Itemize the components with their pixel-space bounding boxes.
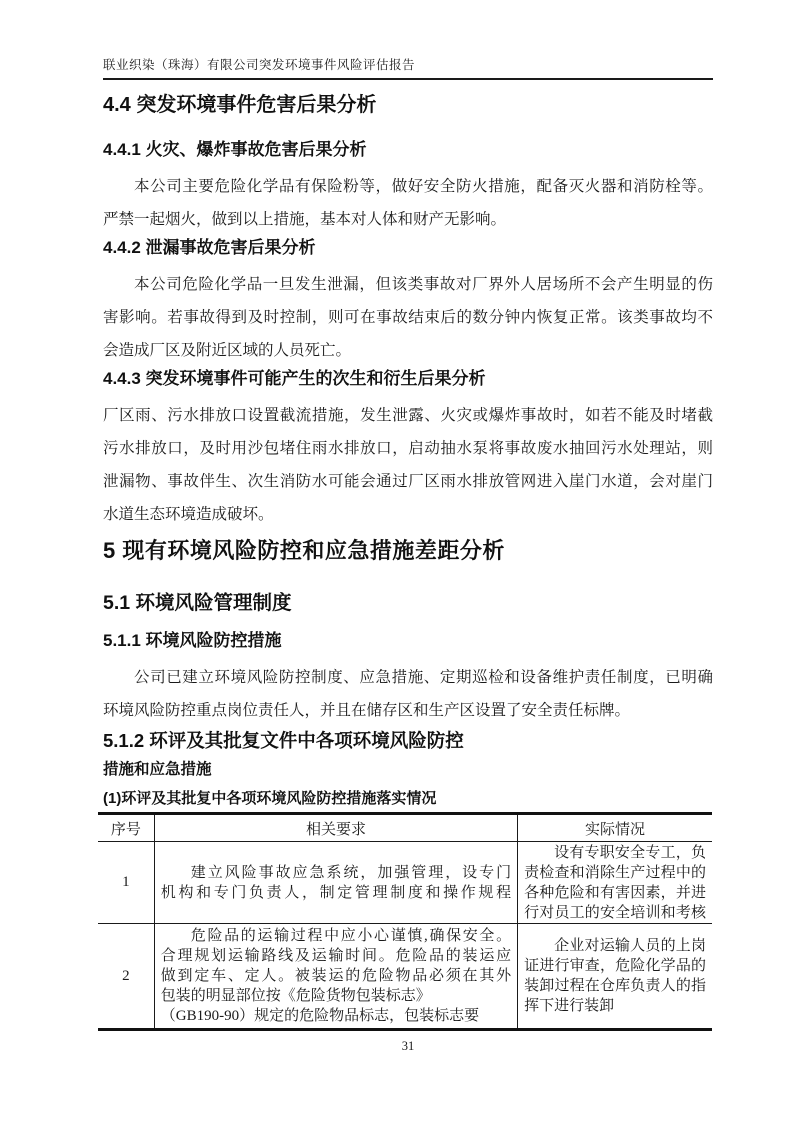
body-line: 会造成厂区及附近区域的人员死亡。: [103, 334, 713, 367]
heading-4-4-3: 4.4.3 突发环境事件可能产生的次生和衍生后果分析: [103, 367, 713, 391]
body-line: 水道生态环境造成破坏。: [103, 498, 713, 531]
table-caption: (1)环评及其批复中各项环境风险防控措施落实情况: [103, 789, 713, 809]
cell-line: 各种危险和有害因素，并进: [524, 883, 706, 903]
paragraph-4-4-2: 本公司危险化学品一旦发生泄漏，但该类事故对厂界外人居场所不会产生明显的伤 害影响…: [103, 268, 713, 367]
heading-4-4-1: 4.4.1 火灾、爆炸事故危害后果分析: [103, 138, 713, 162]
cell-line: 挥下进行装卸: [524, 996, 706, 1016]
body-line: 厂区雨、污水排放口设置截流措施，发生泄露、火灾或爆炸事故时，如若不能及时堵截: [103, 399, 713, 432]
measures-table: 序号 相关要求 实际情况 1 建立风险事故应急系统，加强管理，设专门 机构和专门…: [98, 812, 712, 1031]
paragraph-4-4-1: 本公司主要危险化学品有保险粉等，做好安全防火措施，配备灭火器和消防栓等。 严禁一…: [103, 170, 713, 236]
cell-line: 包装的明显部位按《危险货物包装标志》: [161, 986, 511, 1006]
page-number: 31: [103, 1038, 713, 1054]
heading-4-4: 4.4 突发环境事件危害后果分析: [103, 92, 713, 118]
report-page: 联业织染（珠海）有限公司突发环境事件风险评估报告 4.4 突发环境事件危害后果分…: [0, 0, 793, 1122]
table-header-row: 序号 相关要求 实际情况: [98, 814, 712, 842]
heading-5-1: 5.1 环境风险管理制度: [103, 589, 713, 617]
body-line: 严禁一起烟火，做到以上措施，基本对人体和财产无影响。: [103, 203, 713, 236]
row-requirement: 建立风险事故应急系统，加强管理，设专门 机构和专门负责人，制定管理制度和操作规程: [154, 842, 517, 924]
table-row: 2 危险品的运输过程中应小心谨慎,确保安全。 合理规划运输路线及运输时间。危险品…: [98, 924, 712, 1030]
col-header-no: 序号: [98, 814, 154, 842]
body-line: 本公司危险化学品一旦发生泄漏，但该类事故对厂界外人居场所不会产生明显的伤: [103, 268, 713, 301]
paragraph-4-4-3: 厂区雨、污水排放口设置截流措施，发生泄露、火灾或爆炸事故时，如若不能及时堵截 污…: [103, 399, 713, 531]
heading-5: 5 现有环境风险防控和应急措施差距分析: [103, 535, 713, 567]
row-no: 1: [98, 842, 154, 924]
cell-line: 机构和专门负责人，制定管理制度和操作规程: [161, 883, 511, 903]
paragraph-5-1-1: 公司已建立环境风险防控制度、应急措施、定期巡检和设备维护责任制度，已明确 环境风…: [103, 661, 713, 727]
row-actual: 设有专职安全专工，负 责检查和消除生产过程中的 各种危险和有害因素，并进 行对员…: [518, 842, 712, 924]
heading-5-1-1: 5.1.1 环境风险防控措施: [103, 629, 713, 653]
heading-4-4-2: 4.4.2 泄漏事故危害后果分析: [103, 236, 713, 260]
cell-line: 设有专职安全专工，负: [524, 843, 706, 863]
page-content: 联业织染（珠海）有限公司突发环境事件风险评估报告 4.4 突发环境事件危害后果分…: [103, 57, 713, 1054]
body-line: 泄漏物、事故伴生、次生消防水可能会通过厂区雨水排放管网进入崖门水道，会对崖门: [103, 465, 713, 498]
body-line: 害影响。若事故得到及时控制，则可在事故结束后的数分钟内恢复正常。该类事故均不: [103, 301, 713, 334]
row-actual: 企业对运输人员的上岗 证进行审查，危险化学品的 装卸过程在仓库负责人的指 挥下进…: [518, 924, 712, 1030]
cell-line: 行对员工的安全培训和考核: [524, 903, 706, 923]
cell-line: 装卸过程在仓库负责人的指: [524, 976, 706, 996]
cell-line: （GB190-90）规定的危险物品标志，包装标志要: [161, 1006, 511, 1026]
cell-line: 责检查和消除生产过程中的: [524, 863, 706, 883]
cell-line: 建立风险事故应急系统，加强管理，设专门: [161, 863, 511, 883]
body-line: 本公司主要危险化学品有保险粉等，做好安全防火措施，配备灭火器和消防栓等。: [103, 170, 713, 203]
heading-5-1-2-line1: 5.1.2 环评及其批复文件中各项环境风险防控: [103, 727, 713, 755]
cell-line: 做到定车、定人。被装运的危险物品必须在其外: [161, 966, 511, 986]
body-line: 污水排放口，及时用沙包堵住雨水排放口，启动抽水泵将事故废水抽回污水处理站，则: [103, 432, 713, 465]
row-requirement: 危险品的运输过程中应小心谨慎,确保安全。 合理规划运输路线及运输时间。危险品的装…: [154, 924, 517, 1030]
body-line: 公司已建立环境风险防控制度、应急措施、定期巡检和设备维护责任制度，已明确: [103, 661, 713, 694]
cell-line: 危险品的运输过程中应小心谨慎,确保安全。: [161, 926, 511, 946]
running-header: 联业织染（珠海）有限公司突发环境事件风险评估报告: [103, 57, 713, 80]
cell-line: 企业对运输人员的上岗: [524, 936, 706, 956]
col-header-requirement: 相关要求: [154, 814, 517, 842]
col-header-actual: 实际情况: [518, 814, 712, 842]
cell-line: 合理规划运输路线及运输时间。危险品的装运应: [161, 946, 511, 966]
heading-5-1-2-line2: 措施和应急措施: [103, 759, 713, 781]
body-line: 环境风险防控重点岗位责任人，并且在储存区和生产区设置了安全责任标牌。: [103, 694, 713, 727]
row-no: 2: [98, 924, 154, 1030]
table-row: 1 建立风险事故应急系统，加强管理，设专门 机构和专门负责人，制定管理制度和操作…: [98, 842, 712, 924]
cell-line: 证进行审查，危险化学品的: [524, 956, 706, 976]
